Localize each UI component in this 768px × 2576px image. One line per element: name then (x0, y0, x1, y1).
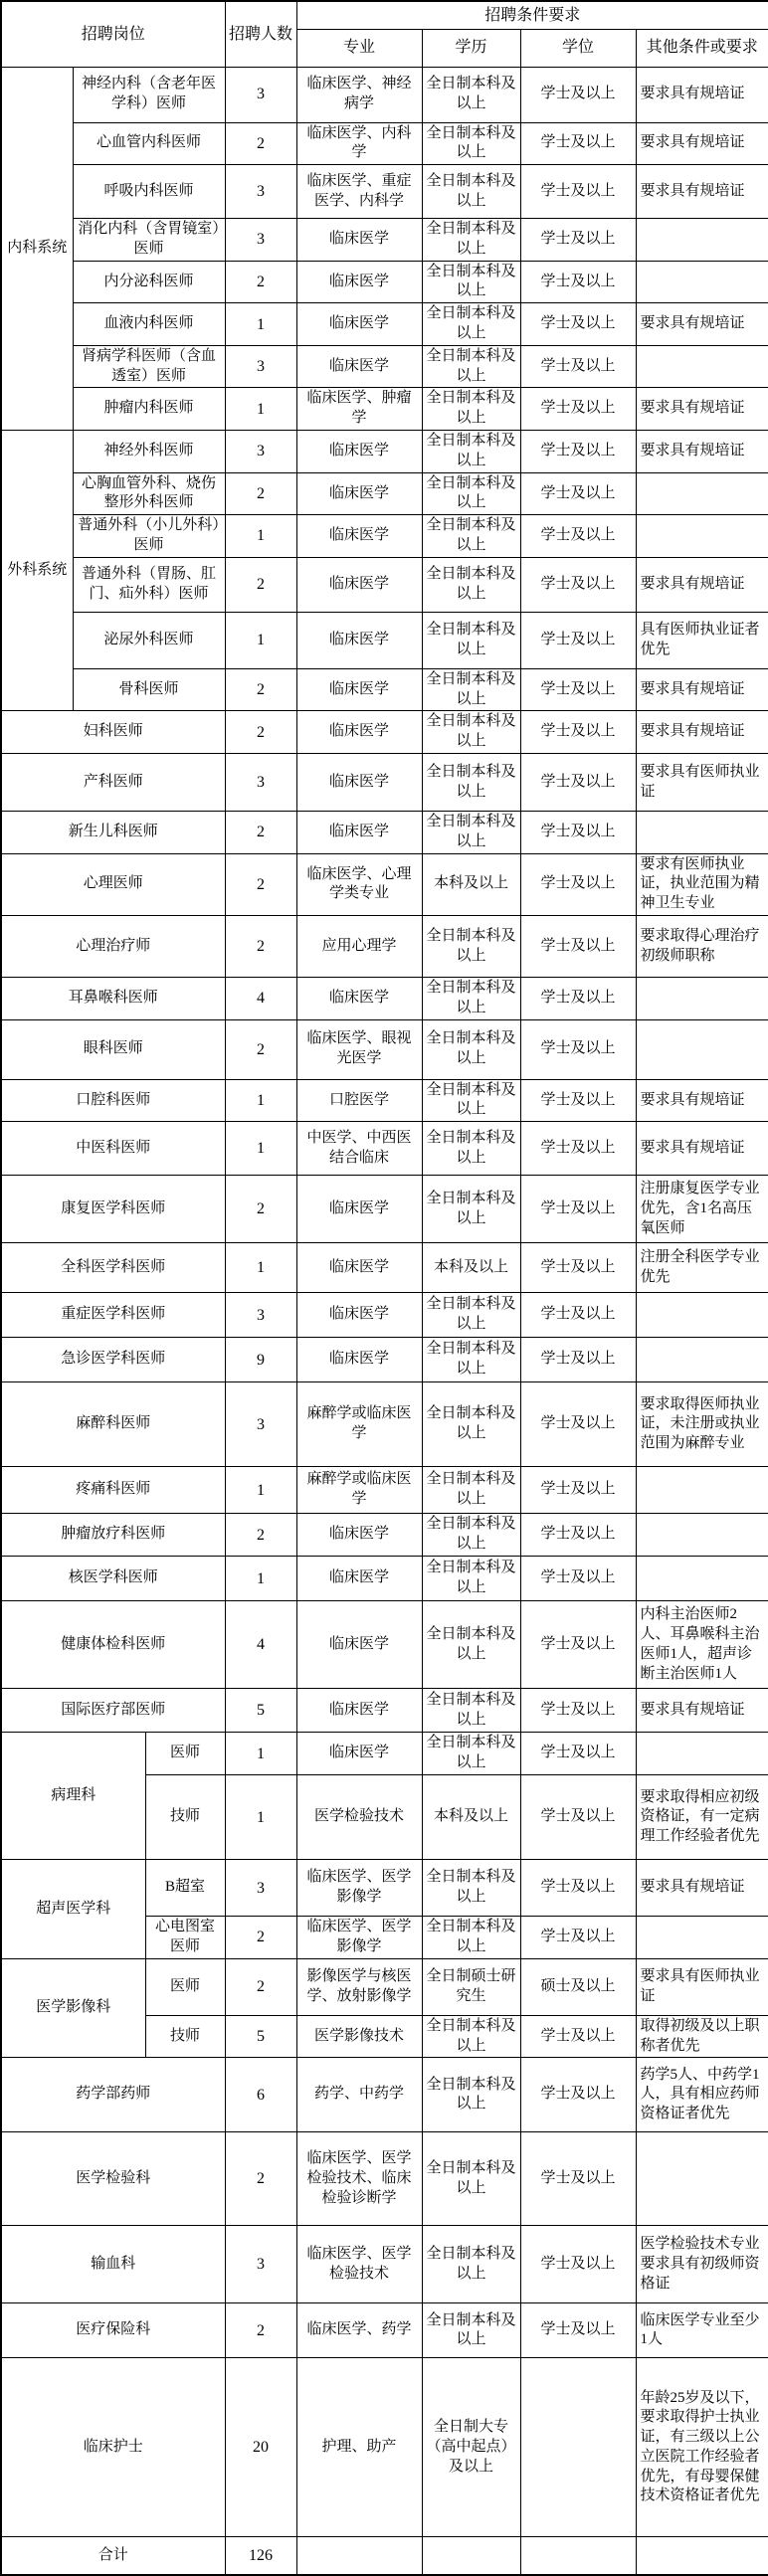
other-requirements-cell (636, 1917, 768, 1959)
recruit-count-cell: 9 (225, 1338, 296, 1382)
education-cell: 全日制本科及以上 (422, 1382, 520, 1467)
recruit-count-cell: 5 (225, 2015, 296, 2058)
other-requirements-cell (636, 1514, 768, 1557)
education-cell: 全日制本科及以上 (422, 916, 520, 978)
other-requirements-cell: 要求取得心理治疗初级师职称 (636, 916, 768, 978)
table-row: 康复医学科医师2临床医学全日制本科及以上学士及以上注册康复医学专业优先，含1名高… (1, 1176, 768, 1243)
job-category-cell: 外科系统 (1, 431, 73, 711)
other-requirements-cell: 要求具有医师执业证 (636, 754, 768, 812)
table-row: 国际医疗部医师5临床医学全日制本科及以上学士及以上要求具有规培证 (1, 1689, 768, 1733)
job-position-cell: 全科医学科医师 (1, 1243, 225, 1293)
other-requirements-cell (636, 2132, 768, 2226)
degree-cell: 学士及以上 (520, 1733, 636, 1775)
degree-cell: 学士及以上 (520, 812, 636, 854)
recruit-count-cell: 3 (225, 1860, 296, 1917)
degree-cell: 学士及以上 (520, 165, 636, 219)
major-cell: 影像医学与核医学、放射影像学 (296, 1958, 422, 2015)
other-requirements-cell: 注册康复医学专业优先，含1名高压氧医师 (636, 1176, 768, 1243)
recruit-count-cell: 3 (225, 165, 296, 219)
major-cell: 临床医学 (296, 303, 422, 346)
education-cell: 全日制本科及以上 (422, 122, 520, 165)
education-cell: 全日制本科及以上 (422, 612, 520, 668)
table-row: 麻醉科医师3麻醉学或临床医学全日制本科及以上学士及以上要求取得医师执业证，未注册… (1, 1382, 768, 1467)
major-cell: 临床医学 (296, 1689, 422, 1733)
recruit-count-cell: 2 (225, 1958, 296, 2015)
job-position-cell: 健康体检科医师 (1, 1601, 225, 1689)
table-row: 病理科医师1临床医学全日制本科及以上学士及以上 (1, 1733, 768, 1775)
recruit-count-cell: 2 (225, 916, 296, 978)
table-row: 肿瘤放疗科医师2临床医学全日制本科及以上学士及以上 (1, 1514, 768, 1557)
job-position-cell: 血液内科医师 (73, 303, 225, 346)
table-row: 急诊医学科医师9临床医学全日制本科及以上学士及以上 (1, 1338, 768, 1382)
education-cell: 全日制本科及以上 (422, 1176, 520, 1243)
degree-cell: 学士及以上 (520, 2015, 636, 2058)
recruit-count-cell: 3 (225, 67, 296, 122)
table-row: 新生儿科医师2临床医学全日制本科及以上学士及以上 (1, 812, 768, 854)
degree-cell: 学士及以上 (520, 1917, 636, 1959)
major-cell: 临床医学 (296, 711, 422, 754)
other-requirements-cell: 要求具有规培证 (636, 668, 768, 711)
major-cell (296, 2537, 422, 2575)
recruitment-table-header: 招聘岗位 招聘人数 招聘条件要求 专业 学历 学位 其他条件或要求 (1, 1, 768, 67)
job-position-cell: 神经外科医师 (73, 431, 225, 473)
degree-cell: 学士及以上 (520, 1514, 636, 1557)
other-requirements-cell (636, 219, 768, 262)
table-row: 妇科医师2临床医学全日制本科及以上学士及以上要求具有规培证 (1, 711, 768, 754)
major-cell: 临床医学 (296, 812, 422, 854)
recruit-count-cell: 4 (225, 1601, 296, 1689)
job-position-cell: 普通外科（胃肠、肛门、疝外科）医师 (73, 557, 225, 612)
table-row: 内科系统神经内科（含老年医学科）医师3临床医学、神经病学全日制本科及以上学士及以… (1, 67, 768, 122)
table-row: 普通外科（小儿外科）医师1临床医学全日制本科及以上学士及以上 (1, 515, 768, 558)
degree-cell: 学士及以上 (520, 2132, 636, 2226)
education-cell: 全日制本科及以上 (422, 67, 520, 122)
education-cell: 全日制本科及以上 (422, 388, 520, 431)
major-cell: 临床医学 (296, 431, 422, 473)
other-requirements-cell: 要求有医师执业证，执业范围为精神卫生专业 (636, 853, 768, 915)
major-cell: 临床医学、肿瘤学 (296, 388, 422, 431)
recruit-count-cell: 2 (225, 668, 296, 711)
degree-cell: 学士及以上 (520, 1557, 636, 1601)
education-cell: 全日制本科及以上 (422, 1079, 520, 1122)
recruit-count-cell: 2 (225, 122, 296, 165)
recruit-count-cell: 1 (225, 1557, 296, 1601)
education-cell: 全日制本科及以上 (422, 1689, 520, 1733)
job-position-cell: 妇科医师 (1, 711, 225, 754)
table-row: 内分泌科医师2临床医学全日制本科及以上学士及以上 (1, 261, 768, 303)
job-position-cell: 心理治疗师 (1, 916, 225, 978)
table-row: 疼痛科医师1麻醉学或临床医学全日制本科及以上学士及以上 (1, 1467, 768, 1514)
major-cell: 临床医学、重症医学、内科学 (296, 165, 422, 219)
degree-cell: 学士及以上 (520, 1122, 636, 1176)
other-requirements-cell: 要求具有医师执业证 (636, 1958, 768, 2015)
table-row: 肾病学科医师（含血透室）医师3临床医学全日制本科及以上学士及以上 (1, 345, 768, 388)
major-cell: 临床医学、医学影像学 (296, 1917, 422, 1959)
table-row: 药学部药师6药学、中药学全日制本科及以上学士及以上药学5人、中药学1人，具有相应… (1, 2058, 768, 2132)
recruit-count-cell: 3 (225, 1382, 296, 1467)
job-position-cell: 心理医师 (1, 853, 225, 915)
degree-cell: 学士及以上 (520, 1689, 636, 1733)
job-position-cell: 心血管内科医师 (73, 122, 225, 165)
job-position-cell: 医疗保险科 (1, 2303, 225, 2358)
table-row: 心血管内科医师2临床医学、内科学全日制本科及以上学士及以上要求具有规培证 (1, 122, 768, 165)
header-major: 专业 (296, 29, 422, 67)
recruit-count-cell: 2 (225, 1176, 296, 1243)
education-cell: 全日制本科及以上 (422, 1917, 520, 1959)
job-position-cell: 内分泌科医师 (73, 261, 225, 303)
major-cell: 临床医学 (296, 1601, 422, 1689)
recruit-count-cell: 3 (225, 754, 296, 812)
degree-cell: 学士及以上 (520, 2058, 636, 2132)
header-education: 学历 (422, 29, 520, 67)
other-requirements-cell (636, 2537, 768, 2575)
degree-cell: 学士及以上 (520, 1019, 636, 1079)
major-cell: 中医学、中西医结合临床 (296, 1122, 422, 1176)
other-requirements-cell (636, 1019, 768, 1079)
education-cell: 全日制本科及以上 (422, 754, 520, 812)
recruit-count-cell: 2 (225, 1514, 296, 1557)
education-cell: 全日制本科及以上 (422, 219, 520, 262)
education-cell: 全日制本科及以上 (422, 345, 520, 388)
major-cell: 临床医学、内科学 (296, 122, 422, 165)
table-row: 普通外科（胃肠、肛门、疝外科）医师2临床医学全日制本科及以上学士及以上要求具有规… (1, 557, 768, 612)
table-row: 医学检验科2临床医学、医学检验技术、临床检验诊断学全日制本科及以上学士及以上 (1, 2132, 768, 2226)
degree-cell: 学士及以上 (520, 853, 636, 915)
job-position-cell: 合计 (1, 2537, 225, 2575)
major-cell: 临床医学 (296, 754, 422, 812)
other-requirements-cell: 临床医学专业至少1人 (636, 2303, 768, 2358)
job-position-cell: 肾病学科医师（含血透室）医师 (73, 345, 225, 388)
recruit-count-cell: 2 (225, 2303, 296, 2358)
degree-cell (520, 2537, 636, 2575)
education-cell: 本科及以上 (422, 1775, 520, 1860)
recruit-count-cell: 1 (225, 515, 296, 558)
education-cell: 全日制硕士研究生 (422, 1958, 520, 2015)
recruit-count-cell: 1 (225, 388, 296, 431)
education-cell: 全日制本科及以上 (422, 2015, 520, 2058)
job-position-cell: 国际医疗部医师 (1, 1689, 225, 1733)
recruit-count-cell: 2 (225, 472, 296, 515)
major-cell: 临床医学 (296, 345, 422, 388)
other-requirements-cell (636, 1293, 768, 1338)
major-cell: 临床医学 (296, 219, 422, 262)
degree-cell: 学士及以上 (520, 388, 636, 431)
other-requirements-cell (636, 1338, 768, 1382)
table-row: 肿瘤内科医师1临床医学、肿瘤学全日制本科及以上学士及以上要求具有规培证 (1, 388, 768, 431)
recruit-count-cell: 6 (225, 2058, 296, 2132)
major-cell: 临床医学、神经病学 (296, 67, 422, 122)
education-cell: 全日制本科及以上 (422, 978, 520, 1020)
job-position-cell: 医师 (145, 1958, 225, 2015)
table-row: 消化内科（含胃镜室）医师3临床医学全日制本科及以上学士及以上 (1, 219, 768, 262)
education-cell: 全日制本科及以上 (422, 1019, 520, 1079)
degree-cell: 学士及以上 (520, 1860, 636, 1917)
table-row: 中医科医师1中医学、中西医结合临床全日制本科及以上学士及以上要求具有规培证 (1, 1122, 768, 1176)
table-row: 耳鼻喉科医师4临床医学全日制本科及以上学士及以上 (1, 978, 768, 1020)
job-position-cell: 中医科医师 (1, 1122, 225, 1176)
header-degree: 学位 (520, 29, 636, 67)
major-cell: 麻醉学或临床医学 (296, 1382, 422, 1467)
major-cell: 临床医学 (296, 1293, 422, 1338)
recruit-count-cell: 2 (225, 261, 296, 303)
education-cell: 全日制本科及以上 (422, 711, 520, 754)
table-row: 外科系统神经外科医师3临床医学全日制本科及以上学士及以上要求具有规培证 (1, 431, 768, 473)
table-row: 心胸血管外科、烧伤整形外科医师2临床医学全日制本科及以上学士及以上 (1, 472, 768, 515)
major-cell: 临床医学 (296, 1338, 422, 1382)
job-position-cell: 呼吸内科医师 (73, 165, 225, 219)
table-row: 血液内科医师1临床医学全日制本科及以上学士及以上要求具有规培证 (1, 303, 768, 346)
other-requirements-cell (636, 978, 768, 1020)
other-requirements-cell: 要求具有规培证 (636, 67, 768, 122)
job-position-cell: 心胸血管外科、烧伤整形外科医师 (73, 472, 225, 515)
table-row: 合计126 (1, 2537, 768, 2575)
education-cell: 全日制本科及以上 (422, 472, 520, 515)
major-cell: 临床医学 (296, 515, 422, 558)
degree-cell: 学士及以上 (520, 668, 636, 711)
recruit-count-cell: 3 (225, 431, 296, 473)
table-row: 心理医师2临床医学、心理学类专业本科及以上学士及以上要求有医师执业证，执业范围为… (1, 853, 768, 915)
major-cell: 临床医学、医学检验技术、临床检验诊断学 (296, 2132, 422, 2226)
header-job-position: 招聘岗位 (1, 1, 225, 67)
recruit-count-cell: 1 (225, 1775, 296, 1860)
table-row: 泌尿外科医师1临床医学全日制本科及以上学士及以上具有医师执业证者优先 (1, 612, 768, 668)
job-position-cell: 肿瘤放疗科医师 (1, 1514, 225, 1557)
degree-cell: 硕士及以上 (520, 1958, 636, 2015)
table-row: 心理治疗师2应用心理学全日制本科及以上学士及以上要求取得心理治疗初级师职称 (1, 916, 768, 978)
table-row: 医疗保险科2临床医学、药学全日制本科及以上学士及以上临床医学专业至少1人 (1, 2303, 768, 2358)
education-cell: 全日制本科及以上 (422, 812, 520, 854)
recruit-count-cell: 1 (225, 1079, 296, 1122)
major-cell: 临床医学、药学 (296, 2303, 422, 2358)
other-requirements-cell: 要求取得相应初级资格证，有一定病理工作经验者优先 (636, 1775, 768, 1860)
degree-cell: 学士及以上 (520, 1338, 636, 1382)
other-requirements-cell: 要求具有规培证 (636, 388, 768, 431)
table-row: 产科医师3临床医学全日制本科及以上学士及以上要求具有医师执业证 (1, 754, 768, 812)
degree-cell: 学士及以上 (520, 916, 636, 978)
job-position-cell: 核医学科医师 (1, 1557, 225, 1601)
major-cell: 临床医学、医学检验技术 (296, 2226, 422, 2303)
other-requirements-cell (636, 1557, 768, 1601)
job-position-cell: 泌尿外科医师 (73, 612, 225, 668)
education-cell: 全日制本科及以上 (422, 2303, 520, 2358)
job-position-cell: 新生儿科医师 (1, 812, 225, 854)
other-requirements-cell: 药学5人、中药学1人，具有相应药师资格证者优先 (636, 2058, 768, 2132)
job-position-cell: 疼痛科医师 (1, 1467, 225, 1514)
table-row: 呼吸内科医师3临床医学、重症医学、内科学全日制本科及以上学士及以上要求具有规培证 (1, 165, 768, 219)
recruit-count-cell: 1 (225, 1467, 296, 1514)
degree-cell: 学士及以上 (520, 1243, 636, 1293)
education-cell: 本科及以上 (422, 1243, 520, 1293)
major-cell: 口腔医学 (296, 1079, 422, 1122)
recruit-count-cell: 1 (225, 1243, 296, 1293)
education-cell: 全日制本科及以上 (422, 2058, 520, 2132)
recruit-count-cell: 3 (225, 1293, 296, 1338)
education-cell: 全日制本科及以上 (422, 1293, 520, 1338)
degree-cell: 学士及以上 (520, 2226, 636, 2303)
degree-cell: 学士及以上 (520, 1079, 636, 1122)
major-cell: 临床医学 (296, 261, 422, 303)
recruit-count-cell: 2 (225, 1019, 296, 1079)
recruit-count-cell: 1 (225, 1733, 296, 1775)
job-position-cell: 急诊医学科医师 (1, 1338, 225, 1382)
recruit-count-cell: 5 (225, 1689, 296, 1733)
degree-cell: 学士及以上 (520, 1775, 636, 1860)
degree-cell: 学士及以上 (520, 303, 636, 346)
recruit-count-cell: 2 (225, 1917, 296, 1959)
education-cell (422, 2537, 520, 2575)
recruit-count-cell: 4 (225, 978, 296, 1020)
other-requirements-cell (636, 812, 768, 854)
recruit-count-cell: 2 (225, 557, 296, 612)
recruit-count-cell: 3 (225, 2226, 296, 2303)
education-cell: 全日制本科及以上 (422, 1601, 520, 1689)
job-position-cell: 麻醉科医师 (1, 1382, 225, 1467)
education-cell: 全日制本科及以上 (422, 668, 520, 711)
degree-cell: 学士及以上 (520, 1601, 636, 1689)
degree-cell: 学士及以上 (520, 515, 636, 558)
degree-cell: 学士及以上 (520, 67, 636, 122)
other-requirements-cell: 医学检验技术专业要求具有初级师资格证 (636, 2226, 768, 2303)
header-recruit-count: 招聘人数 (225, 1, 296, 67)
education-cell: 全日制本科及以上 (422, 1733, 520, 1775)
recruit-count-cell: 1 (225, 1122, 296, 1176)
job-position-cell: 医学检验科 (1, 2132, 225, 2226)
other-requirements-cell: 要求具有规培证 (636, 431, 768, 473)
other-requirements-cell: 具有医师执业证者优先 (636, 612, 768, 668)
degree-cell: 学士及以上 (520, 431, 636, 473)
major-cell: 医学影像技术 (296, 2015, 422, 2058)
education-cell: 全日制本科及以上 (422, 2132, 520, 2226)
table-row: 口腔科医师1口腔医学全日制本科及以上学士及以上要求具有规培证 (1, 1079, 768, 1122)
recruit-count-cell: 3 (225, 219, 296, 262)
job-position-cell: 普通外科（小儿外科）医师 (73, 515, 225, 558)
job-position-cell: 耳鼻喉科医师 (1, 978, 225, 1020)
degree-cell: 学士及以上 (520, 557, 636, 612)
job-position-cell: 重症医学科医师 (1, 1293, 225, 1338)
table-row: 健康体检科医师4临床医学全日制本科及以上学士及以上内科主治医师2人、耳鼻喉科主治… (1, 1601, 768, 1689)
other-requirements-cell: 要求具有规培证 (636, 1860, 768, 1917)
other-requirements-cell (636, 515, 768, 558)
recruitment-table: 招聘岗位 招聘人数 招聘条件要求 专业 学历 学位 其他条件或要求 内科系统神经… (0, 0, 768, 2576)
other-requirements-cell (636, 1467, 768, 1514)
major-cell: 临床医学 (296, 1514, 422, 1557)
other-requirements-cell: 要求具有规培证 (636, 711, 768, 754)
recruit-count-cell: 1 (225, 612, 296, 668)
education-cell: 全日制本科及以上 (422, 431, 520, 473)
table-row: 全科医学科医师1临床医学本科及以上学士及以上注册全科医学专业优先 (1, 1243, 768, 1293)
education-cell: 全日制本科及以上 (422, 557, 520, 612)
degree-cell: 学士及以上 (520, 1176, 636, 1243)
major-cell: 临床医学 (296, 1733, 422, 1775)
other-requirements-cell (636, 472, 768, 515)
degree-cell: 学士及以上 (520, 345, 636, 388)
other-requirements-cell: 要求具有规培证 (636, 1079, 768, 1122)
degree-cell: 学士及以上 (520, 711, 636, 754)
recruit-count-cell: 3 (225, 345, 296, 388)
table-row: 重症医学科医师3临床医学全日制本科及以上学士及以上 (1, 1293, 768, 1338)
other-requirements-cell: 内科主治医师2人、耳鼻喉科主治医师1人，超声诊断主治医师1人 (636, 1601, 768, 1689)
header-requirements: 招聘条件要求 (296, 1, 768, 29)
major-cell: 临床医学 (296, 557, 422, 612)
major-cell: 麻醉学或临床医学 (296, 1467, 422, 1514)
table-row: 超声医学科B超室3临床医学、医学影像学全日制本科及以上学士及以上要求具有规培证 (1, 1860, 768, 1917)
job-position-cell: 产科医师 (1, 754, 225, 812)
table-row: 医学影像科医师2影像医学与核医学、放射影像学全日制硕士研究生硕士及以上要求具有医… (1, 1958, 768, 2015)
other-requirements-cell: 要求具有规培证 (636, 1122, 768, 1176)
recruit-count-cell: 2 (225, 2132, 296, 2226)
education-cell: 全日制本科及以上 (422, 515, 520, 558)
job-category-cell: 超声医学科 (1, 1860, 145, 1959)
job-category-cell: 医学影像科 (1, 1958, 145, 2058)
major-cell: 临床医学 (296, 1176, 422, 1243)
table-row: 骨科医师2临床医学全日制本科及以上学士及以上要求具有规培证 (1, 668, 768, 711)
degree-cell: 学士及以上 (520, 261, 636, 303)
education-cell: 全日制本科及以上 (422, 1514, 520, 1557)
degree-cell: 学士及以上 (520, 472, 636, 515)
other-requirements-cell: 注册全科医学专业优先 (636, 1243, 768, 1293)
recruit-count-cell: 2 (225, 853, 296, 915)
degree-cell: 学士及以上 (520, 612, 636, 668)
major-cell: 临床医学、医学影像学 (296, 1860, 422, 1917)
table-row: 眼科医师2临床医学、眼视光医学全日制本科及以上学士及以上 (1, 1019, 768, 1079)
other-requirements-cell: 要求具有规培证 (636, 165, 768, 219)
job-position-cell: 医师 (145, 1733, 225, 1775)
major-cell: 药学、中药学 (296, 2058, 422, 2132)
major-cell: 临床医学 (296, 668, 422, 711)
major-cell: 临床医学 (296, 1243, 422, 1293)
degree-cell: 学士及以上 (520, 122, 636, 165)
other-requirements-cell: 取得初级及以上职称者优先 (636, 2015, 768, 2058)
recruit-count-cell: 2 (225, 812, 296, 854)
education-cell: 全日制本科及以上 (422, 1557, 520, 1601)
other-requirements-cell (636, 261, 768, 303)
header-other-requirements: 其他条件或要求 (636, 29, 768, 67)
degree-cell: 学士及以上 (520, 754, 636, 812)
header-row-1: 招聘岗位 招聘人数 招聘条件要求 (1, 1, 768, 29)
job-position-cell: 技师 (145, 2015, 225, 2058)
major-cell: 临床医学 (296, 978, 422, 1020)
other-requirements-cell (636, 345, 768, 388)
job-category-cell: 内科系统 (1, 67, 73, 431)
major-cell: 临床医学、心理学类专业 (296, 853, 422, 915)
job-position-cell: 心电图室医师 (145, 1917, 225, 1959)
table-row: 输血科3临床医学、医学检验技术全日制本科及以上学士及以上医学检验技术专业要求具有… (1, 2226, 768, 2303)
job-position-cell: 输血科 (1, 2226, 225, 2303)
degree-cell: 学士及以上 (520, 978, 636, 1020)
education-cell: 全日制本科及以上 (422, 1860, 520, 1917)
education-cell: 本科及以上 (422, 853, 520, 915)
job-position-cell: 口腔科医师 (1, 1079, 225, 1122)
job-position-cell: B超室 (145, 1860, 225, 1917)
education-cell: 全日制本科及以上 (422, 1338, 520, 1382)
recruitment-table-body: 内科系统神经内科（含老年医学科）医师3临床医学、神经病学全日制本科及以上学士及以… (1, 67, 768, 2575)
major-cell: 临床医学 (296, 472, 422, 515)
major-cell: 临床医学 (296, 612, 422, 668)
degree-cell: 学士及以上 (520, 1382, 636, 1467)
other-requirements-cell: 要求取得医师执业证，未注册或执业范围为麻醉专业 (636, 1382, 768, 1467)
education-cell: 全日制本科及以上 (422, 303, 520, 346)
other-requirements-cell (636, 1733, 768, 1775)
education-cell: 全日制本科及以上 (422, 1122, 520, 1176)
recruit-count-cell: 2 (225, 711, 296, 754)
job-position-cell: 肿瘤内科医师 (73, 388, 225, 431)
job-position-cell: 消化内科（含胃镜室）医师 (73, 219, 225, 262)
job-position-cell: 骨科医师 (73, 668, 225, 711)
job-category-cell: 病理科 (1, 1733, 145, 1860)
education-cell: 全日制本科及以上 (422, 261, 520, 303)
job-position-cell: 神经内科（含老年医学科）医师 (73, 67, 225, 122)
recruit-count-cell: 126 (225, 2537, 296, 2575)
